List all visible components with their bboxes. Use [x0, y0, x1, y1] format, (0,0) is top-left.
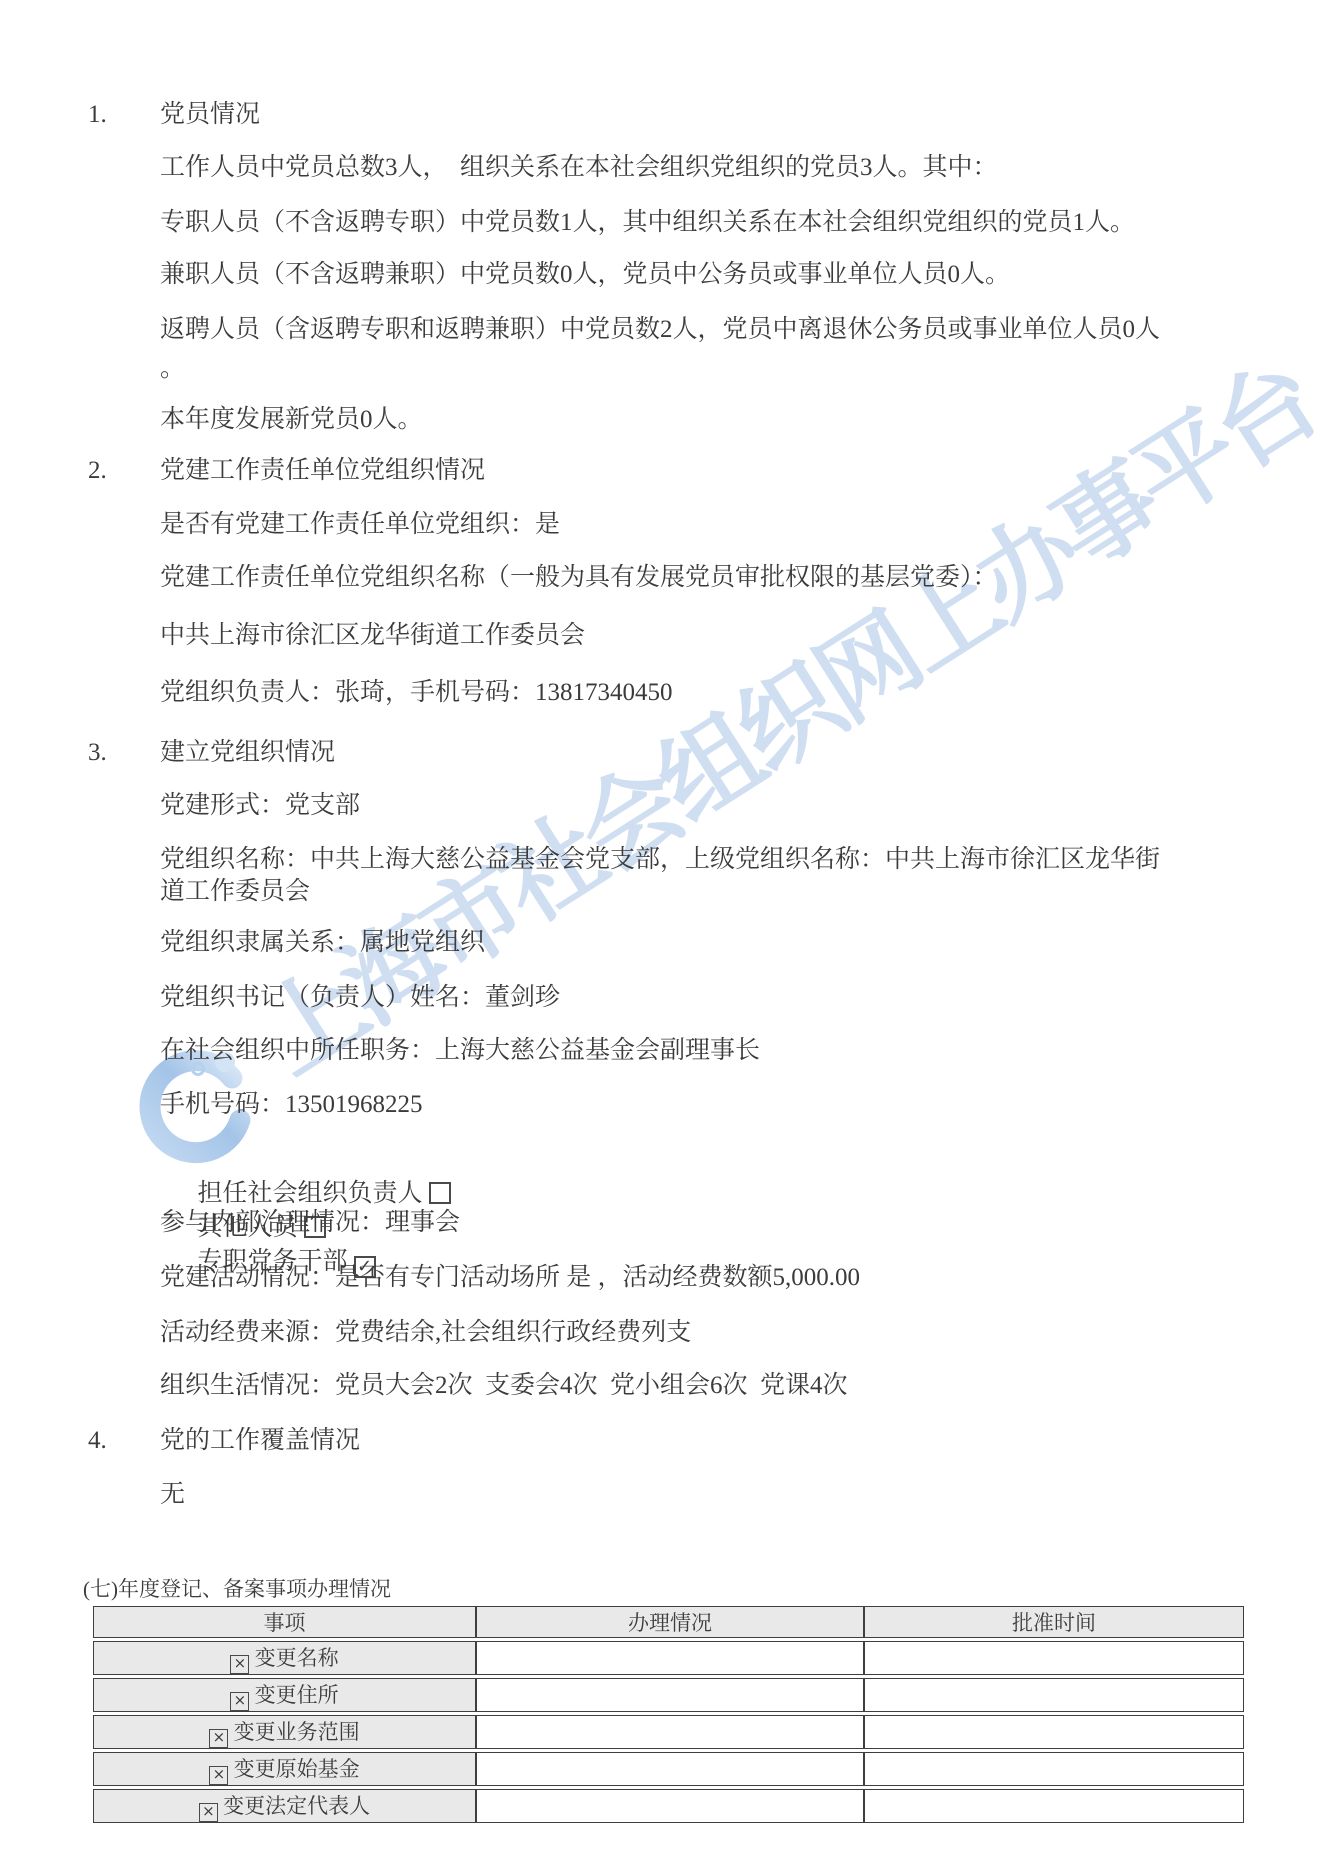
document-page: 上海市社会组织网上办事平台 1. 党员情况 工作人员中党员总数3人， 组织关系在…	[0, 0, 1322, 1871]
row-item-label: 变更原始基金	[234, 1757, 360, 1781]
row-approval-time-cell	[864, 1752, 1244, 1786]
row-status-cell	[476, 1678, 864, 1712]
section-3-number: 3.	[88, 736, 107, 770]
section-2-title: 党建工作责任单位党组织情况	[160, 454, 485, 488]
paragraph-line: 返聘人员（含返聘专职和返聘兼职）中党员数2人，党员中离退休公务员或事业单位人员0…	[160, 313, 1160, 347]
table-row: × 变更法定代表人	[93, 1789, 1244, 1823]
paragraph-line: 参与内部治理情况：理事会	[160, 1206, 460, 1240]
paragraph-line: 党建工作责任单位党组织名称（一般为具有发展党员审批权限的基层党委）：	[160, 561, 998, 595]
paragraph-line: 活动经费来源：党费结余,社会组织行政经费列支	[160, 1316, 691, 1350]
row-item-label: 变更法定代表人	[223, 1794, 370, 1818]
registration-items-table: 事项 办理情况 批准时间 × 变更名称 × 变更住所 × 变更业务范围	[93, 1603, 1244, 1826]
row-item-label: 变更住所	[255, 1683, 339, 1707]
paragraph-line: 组织生活情况：党员大会2次 支委会4次 党小组会6次 党课4次	[160, 1369, 848, 1403]
column-header-status: 办理情况	[476, 1606, 864, 1638]
paragraph-line: 党组织名称：中共上海大慈公益基金会党支部，上级党组织名称：中共上海市徐汇区龙华街	[160, 843, 1160, 877]
paragraph-line: 中共上海市徐汇区龙华街道工作委员会	[160, 619, 585, 653]
checkbox-empty-icon	[429, 1182, 451, 1204]
row-status-cell	[476, 1641, 864, 1675]
paragraph-line: 党组织书记（负责人）姓名：董剑珍	[160, 981, 560, 1015]
section-1-title: 党员情况	[160, 98, 260, 132]
table-row: × 变更名称	[93, 1641, 1244, 1675]
section-4-number: 4.	[88, 1424, 107, 1458]
table-title: (七)年度登记、备案事项办理情况	[83, 1576, 391, 1602]
row-item-label: 变更名称	[255, 1646, 339, 1670]
row-status-cell	[476, 1789, 864, 1823]
paragraph-line: 兼职人员（不含返聘兼职）中党员数0人，党员中公务员或事业单位人员0人。	[160, 258, 1010, 292]
paragraph-line: 专职人员（不含返聘专职）中党员数1人，其中组织关系在本社会组织党组织的党员1人。	[160, 206, 1135, 240]
checkbox-x-icon: ×	[230, 1655, 249, 1674]
row-status-cell	[476, 1752, 864, 1786]
row-status-cell	[476, 1715, 864, 1749]
paragraph-line: 手机号码：13501968225	[160, 1088, 423, 1122]
table-row: × 变更原始基金	[93, 1752, 1244, 1786]
table-row: × 变更住所	[93, 1678, 1244, 1712]
paragraph-line: 。	[160, 352, 185, 386]
document-content: 1. 党员情况 工作人员中党员总数3人， 组织关系在本社会组织党组织的党员3人。…	[0, 0, 1322, 1871]
paragraph-line: 党建形式：党支部	[160, 789, 360, 823]
column-header-approval-time: 批准时间	[864, 1606, 1244, 1638]
paragraph-line: 党组织隶属关系：属地党组织	[160, 926, 485, 960]
paragraph-line: 在社会组织中所任职务：上海大慈公益基金会副理事长	[160, 1034, 760, 1068]
paragraph-line: 党组织负责人：张琦，手机号码：13817340450	[160, 676, 673, 710]
paragraph-line: 无	[160, 1478, 185, 1512]
paragraph-line: 道工作委员会	[160, 875, 310, 909]
checkbox-x-icon: ×	[209, 1729, 228, 1748]
table-row: × 变更业务范围	[93, 1715, 1244, 1749]
row-approval-time-cell	[864, 1641, 1244, 1675]
paragraph-line: 党建活动情况：是否有专门活动场所 是 ，活动经费数额5,000.00	[160, 1261, 860, 1295]
paragraph-line: 工作人员中党员总数3人， 组织关系在本社会组织党组织的党员3人。其中：	[160, 151, 998, 185]
row-approval-time-cell	[864, 1789, 1244, 1823]
checkbox-x-icon: ×	[199, 1803, 218, 1822]
section-1-number: 1.	[88, 98, 107, 132]
section-4-title: 党的工作覆盖情况	[160, 1424, 360, 1458]
checkbox-x-icon: ×	[230, 1692, 249, 1711]
row-approval-time-cell	[864, 1678, 1244, 1712]
paragraph-line: 是否有党建工作责任单位党组织：是	[160, 508, 560, 542]
paragraph-line: 本年度发展新党员0人。	[160, 403, 423, 437]
duty-role-label: 担任社会组织负责人	[198, 1180, 423, 1207]
row-approval-time-cell	[864, 1715, 1244, 1749]
section-3-title: 建立党组织情况	[160, 736, 335, 770]
row-item-label: 变更业务范围	[234, 1720, 360, 1744]
column-header-item: 事项	[93, 1606, 476, 1638]
table-header-row: 事项 办理情况 批准时间	[93, 1606, 1244, 1638]
checkbox-x-icon: ×	[209, 1766, 228, 1785]
section-2-number: 2.	[88, 454, 107, 488]
